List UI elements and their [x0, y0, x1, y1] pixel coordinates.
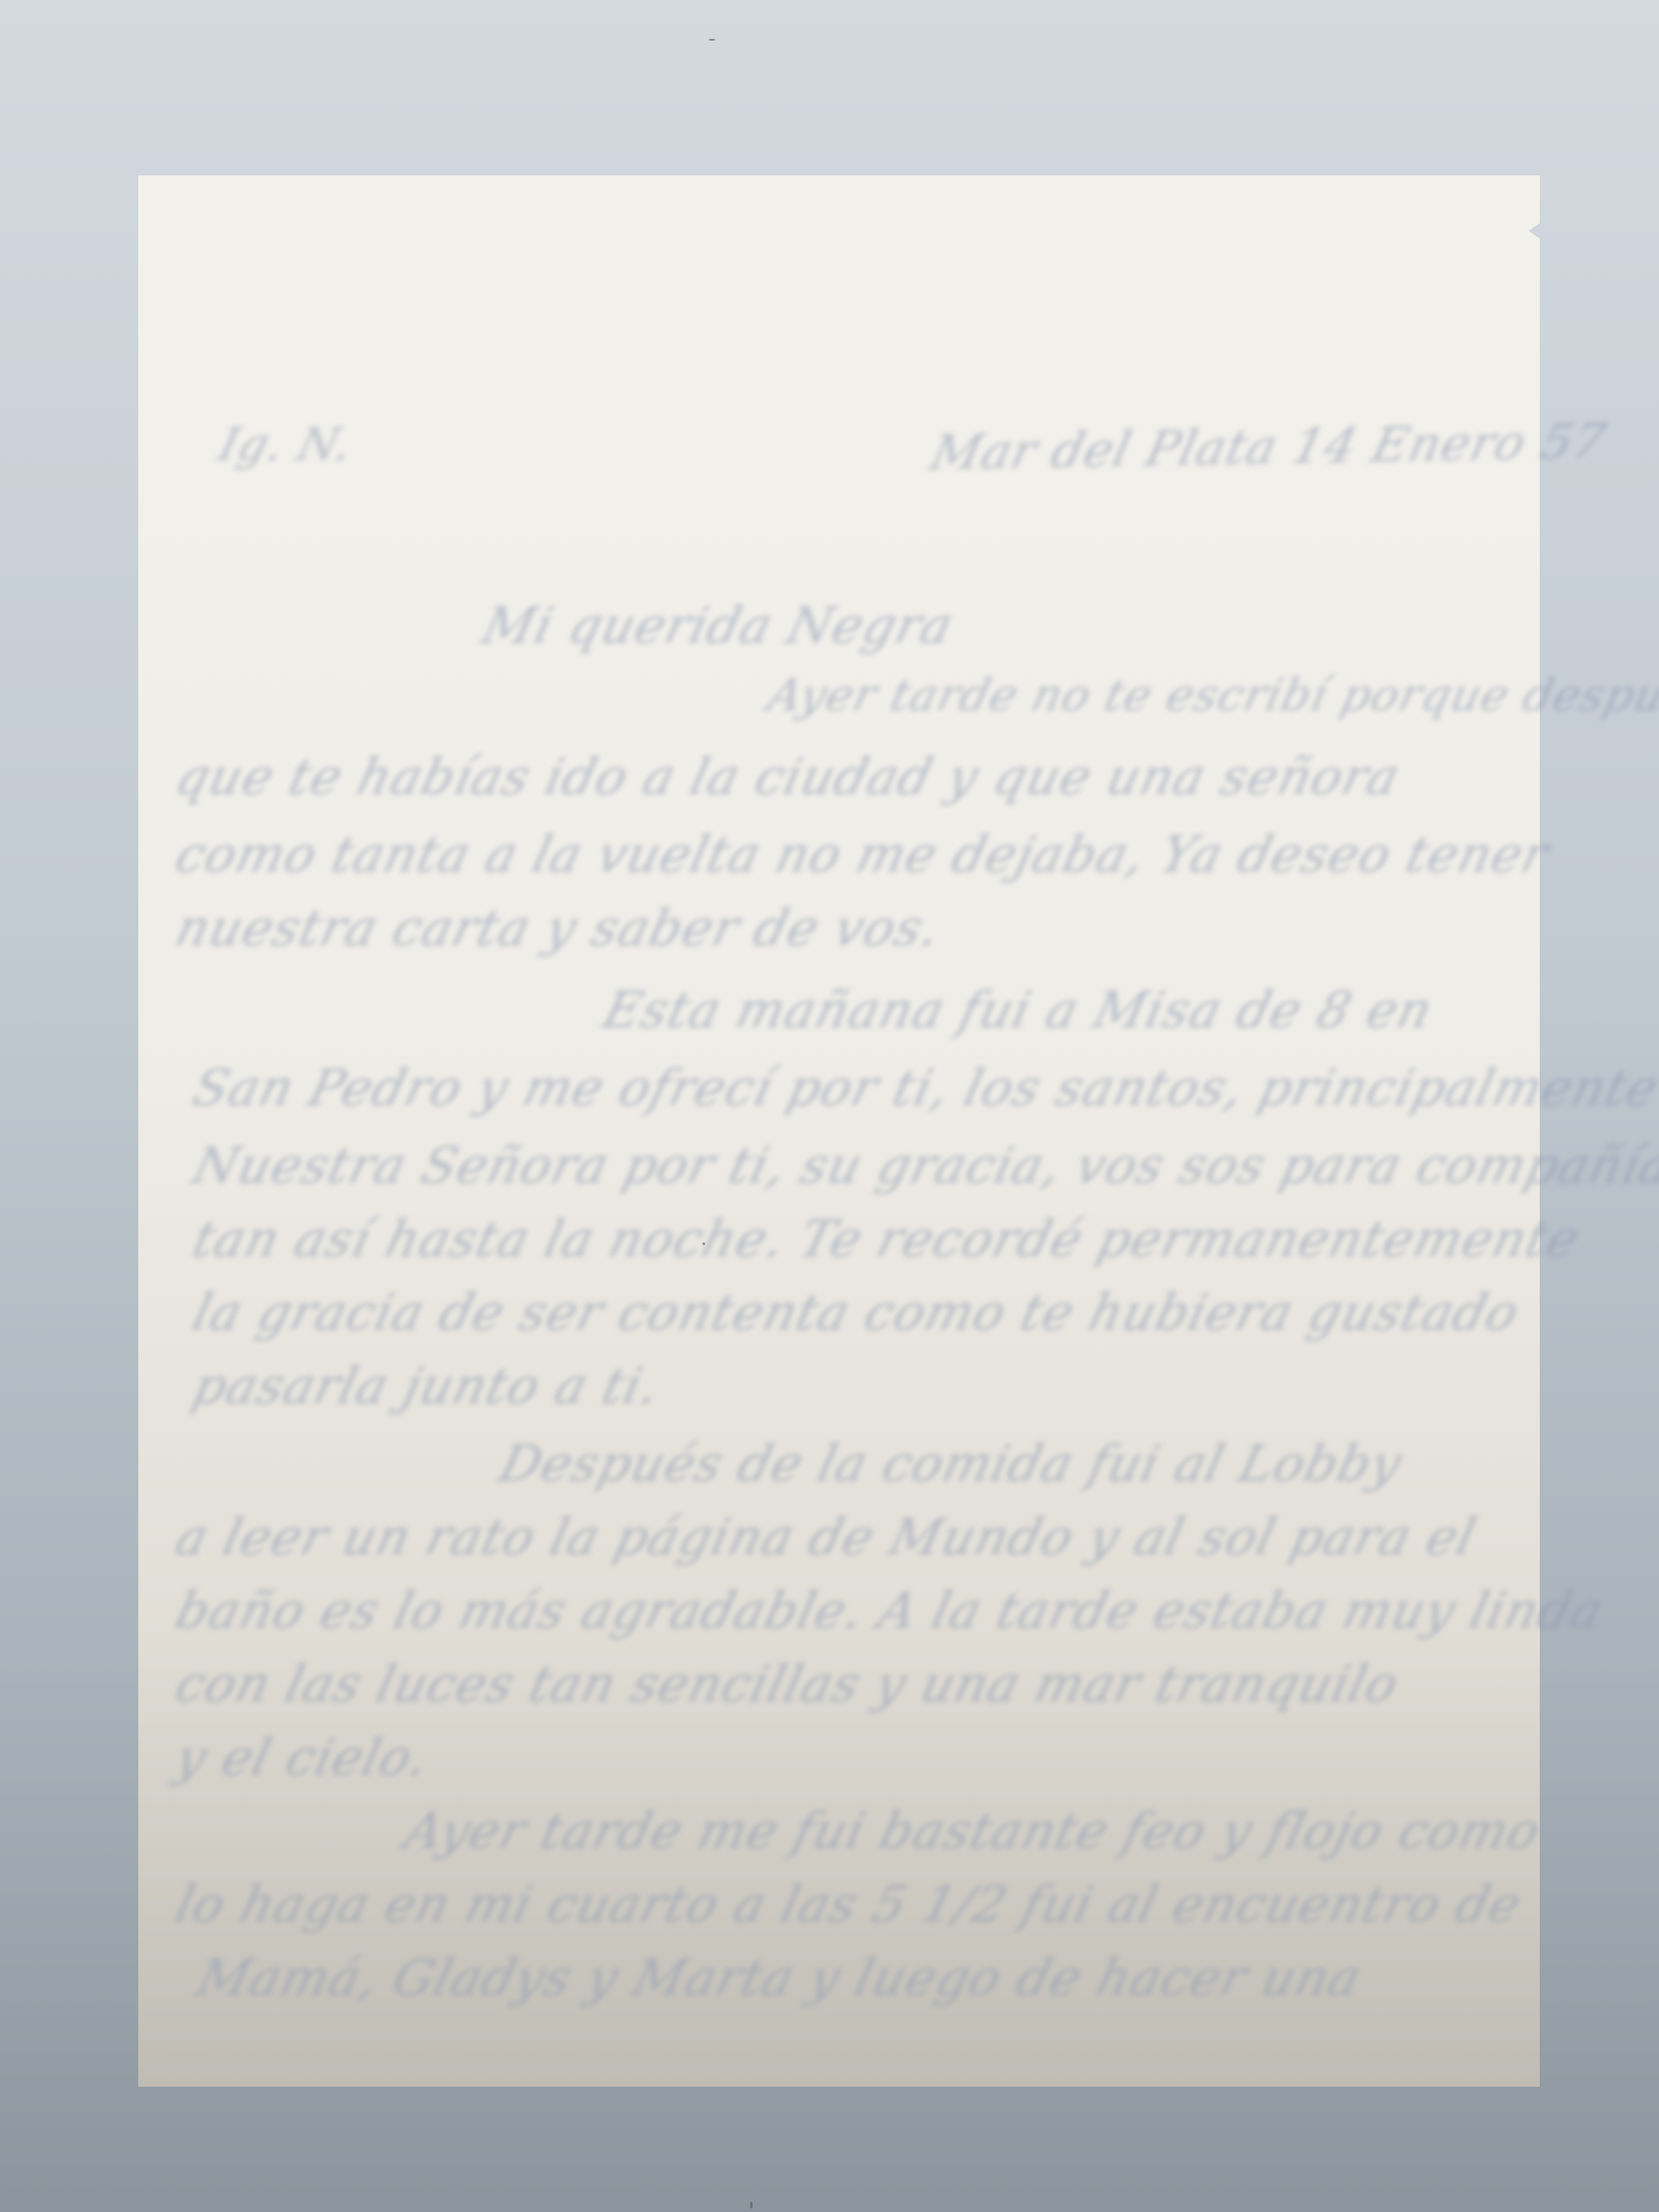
dust-speck — [702, 1243, 705, 1245]
header-left: Ig. N. — [214, 419, 359, 471]
letter-line: a leer un rato la página de Mundo y al s… — [170, 1508, 1483, 1567]
letter-line: como tanta a la vuelta no me dejaba, Ya … — [170, 825, 1555, 884]
letter-line: Nuestra Señora por ti, su gracia, vos so… — [188, 1136, 1659, 1195]
letter-line: tan así hasta la noche. Te recordé perma… — [188, 1210, 1586, 1268]
letter-line: Ayer tarde me fui bastante feo y flojo c… — [399, 1802, 1548, 1860]
letter-line: la gracia de ser contenta como te hubier… — [188, 1283, 1526, 1342]
letter-line: lo haga en mi cuarto a las 5 1/2 fui al … — [170, 1875, 1529, 1934]
letter-line: que te habías ido a la ciudad y que una … — [170, 747, 1407, 806]
letter-line: Esta mañana fui a Misa de 8 en — [598, 981, 1440, 1039]
letter-line: Después de la comida fui al Lobby — [494, 1434, 1408, 1493]
letter-line: San Pedro y me ofrecí por ti, los santos… — [188, 1058, 1659, 1117]
letter-line: nuestra carta y saber de vos. — [170, 899, 947, 957]
letter-line: pasarla junto a ti. — [188, 1357, 666, 1415]
dust-speck — [750, 2202, 753, 2209]
letter-line: baño es lo más agradable. A la tarde est… — [170, 1581, 1610, 1640]
letter-line: Ayer tarde no te escribí porque después — [763, 670, 1659, 721]
letter-line: con las luces tan sencillas y una mar tr… — [170, 1655, 1406, 1713]
salutation: Mi querida Negra — [477, 596, 960, 655]
date-line: Mar del Plata 14 Enero 57 — [925, 413, 1612, 481]
letter-line: y el cielo. — [170, 1728, 435, 1787]
dust-speck — [709, 39, 715, 41]
letter-line: Mamá, Gladys y Marta y luego de hacer un… — [192, 1948, 1368, 2007]
